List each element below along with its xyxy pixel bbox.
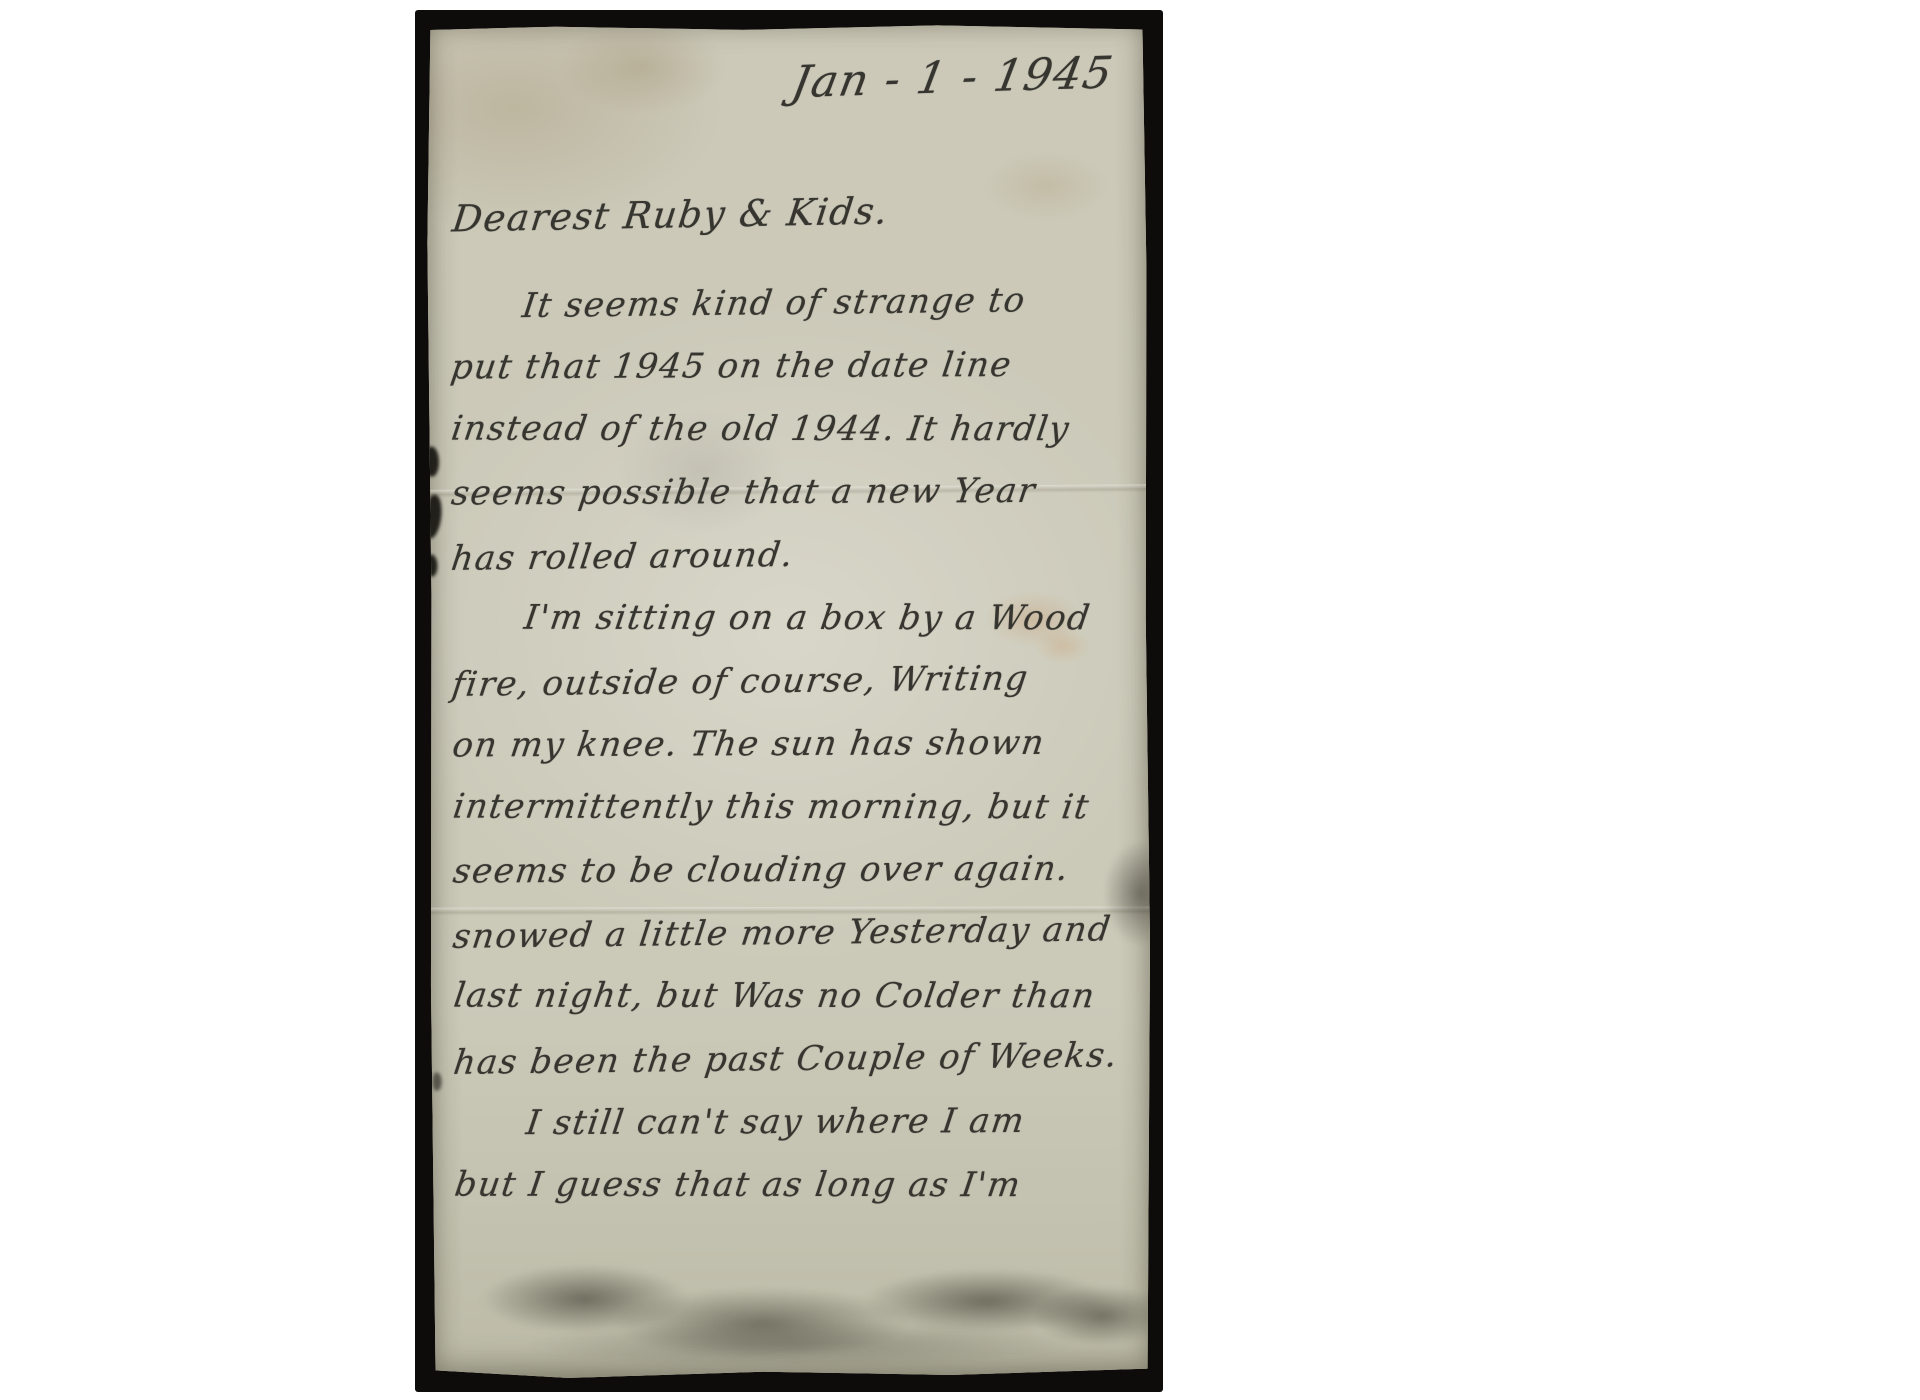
letter-date: Jan - 1 - 1945 bbox=[788, 47, 1118, 108]
scan-mat: Jan - 1 - 1945 Dearest Ruby & Kids. It s… bbox=[415, 10, 1163, 1392]
letter-line: has been the past Couple of Weeks. bbox=[448, 1035, 1145, 1106]
torn-edge-mark bbox=[433, 1073, 442, 1091]
letter-line: intermittently this morning, but it bbox=[447, 787, 1143, 851]
letter-line: seems to be clouding over again. bbox=[448, 848, 1145, 914]
letter-line: I'm sitting on a box by a Wood bbox=[446, 598, 1142, 662]
letter-line: I still can't say where I am bbox=[449, 1100, 1146, 1166]
letter-line: has rolled around. bbox=[446, 531, 1143, 602]
letter-paper: Jan - 1 - 1945 Dearest Ruby & Kids. It s… bbox=[426, 23, 1152, 1378]
letter-line: snowed a little more Yesterday and bbox=[448, 909, 1145, 980]
letter-line: put that 1945 on the date line bbox=[445, 344, 1142, 410]
letter-greeting: Dearest Ruby & Kids. bbox=[450, 190, 892, 241]
torn-edge-mark bbox=[426, 555, 437, 577]
torn-edge-mark bbox=[421, 494, 444, 540]
letter-line: seems possible that a new Year bbox=[446, 470, 1143, 536]
letter-line: last night, but Was no Colder than bbox=[448, 976, 1144, 1040]
letter-line: on my knee. The sun has shown bbox=[447, 722, 1144, 788]
torn-edge-mark bbox=[425, 447, 439, 477]
bottom-smudge bbox=[522, 1320, 1082, 1370]
letter-line: It seems kind of strange to bbox=[445, 279, 1142, 350]
letter-line: fire, outside of course, Writing bbox=[447, 657, 1144, 728]
scan-background: Jan - 1 - 1945 Dearest Ruby & Kids. It s… bbox=[0, 0, 1920, 1400]
letter-line: instead of the old 1944. It hardly bbox=[446, 409, 1142, 473]
letter-body: It seems kind of strange to put that 194… bbox=[449, 281, 1141, 1229]
letter-line: but I guess that as long as I'm bbox=[449, 1165, 1145, 1229]
